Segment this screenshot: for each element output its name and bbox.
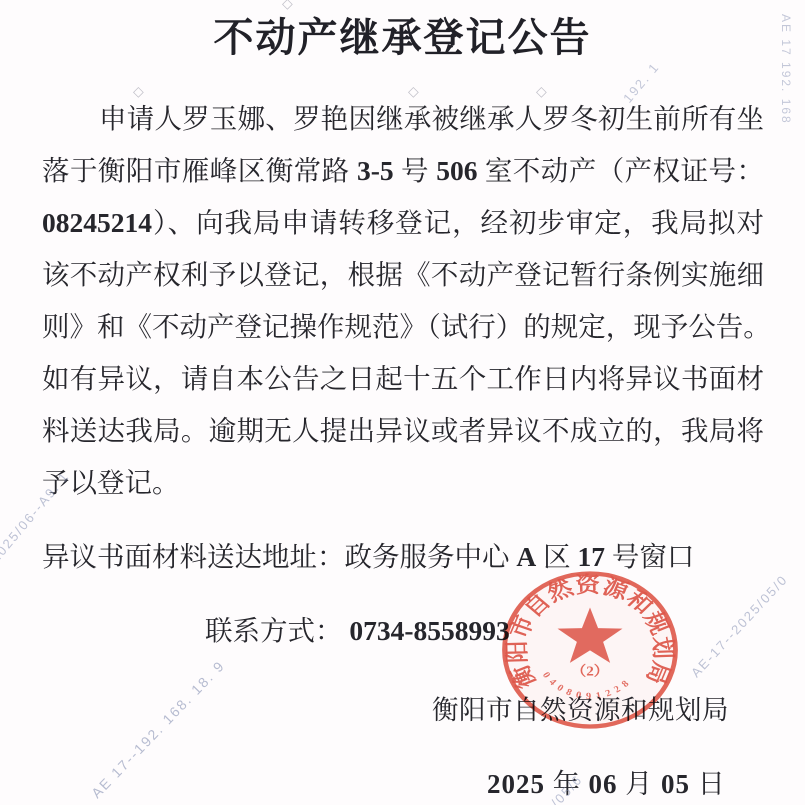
body-paragraph: 申请人罗玉娜、罗艳因继承被继承人罗冬初生前所有坐落于衡阳市雁峰区衡常路 3-5 … (42, 93, 764, 509)
text-segment: 0734-8558993 (349, 615, 509, 646)
text-segment: 如有异议，请自本公告之日起十五个工作日内将异议书面材 (42, 363, 764, 394)
text-segment: 3-5 (357, 155, 394, 186)
text-segment: 衡阳市自然资源和规划局 (432, 695, 729, 725)
text-segment: 日 (690, 769, 726, 799)
text-segment: ）、向我局申请转移登记，经初步审定，我局拟对 (152, 207, 764, 238)
date-line: 2025 年 06 月 05 日 (487, 762, 726, 801)
text-segment: 2025 (487, 769, 545, 799)
text-segment: 异议书面材料送达地址：政务服务中心 (42, 541, 516, 572)
contact-line: 联系方式： 0734-8558993 (205, 608, 510, 648)
seal-sub-label: （2） (571, 663, 609, 679)
issuer-line: 衡阳市自然资源和规划局 (432, 688, 729, 727)
paragraph-line: 落于衡阳市雁峰区衡常路 3-5 号 506 室不动产（产权证号： (42, 145, 764, 197)
text-segment: 予以登记。 (42, 467, 180, 498)
text-segment: 号窗口 (605, 541, 694, 572)
text-segment: 申请人罗玉娜、罗艳因继承被继承人罗冬初生前所有坐 (99, 103, 764, 134)
text-segment: 06 (589, 769, 618, 799)
text-segment: 17 (578, 541, 606, 572)
text-segment: 落于衡阳市雁峰区衡常路 (42, 155, 357, 186)
scan-watermark-text: AE 17--192. 168. 18. 9 (88, 657, 228, 801)
text-segment: 室不动产（产权证号： (478, 155, 765, 186)
text-segment: 该不动产权利予以登记，根据《不动产登记暂行条例实施细 (42, 259, 764, 290)
seal-star-icon (558, 608, 623, 663)
paragraph-line: 予以登记。 (42, 457, 764, 509)
paragraph-line: 申请人罗玉娜、罗艳因继承被继承人罗冬初生前所有坐 (42, 93, 764, 145)
paragraph-line: 料送达我局。逾期无人提出异议或者异议不成立的，我局将 (42, 405, 764, 457)
text-segment: 08245214 (42, 207, 152, 238)
paragraph-line: 08245214）、向我局申请转移登记，经初步审定，我局拟对 (42, 197, 764, 249)
text-segment: 区 (536, 541, 577, 572)
address-line: 异议书面材料送达地址：政务服务中心 A 区 17 号窗口 (42, 534, 694, 574)
text-segment: A (516, 541, 536, 572)
seal-org-text: 衡阳市自然资源和规划局 (503, 571, 677, 692)
text-segment: 506 (436, 155, 477, 186)
text-segment: 号 (394, 155, 437, 186)
scan-watermark-text: AE-17--2025/05/0 (688, 572, 791, 681)
text-segment: 则》和《不动产登记操作规范》（试行）的规定，现予公告。 (42, 311, 771, 342)
paragraph-line: 如有异议，请自本公告之日起十五个工作日内将异议书面材 (42, 353, 764, 405)
paragraph-line: 该不动产权利予以登记，根据《不动产登记暂行条例实施细 (42, 249, 764, 301)
text-segment: 年 (545, 769, 589, 799)
text-segment: 月 (618, 769, 662, 799)
announcement-document: 不动产继承登记公告 申请人罗玉娜、罗艳因继承被继承人罗冬初生前所有坐落于衡阳市雁… (0, 0, 805, 805)
document-title: 不动产继承登记公告 (0, 6, 805, 63)
text-segment: 联系方式： (205, 615, 349, 646)
text-segment: 05 (661, 769, 690, 799)
paragraph-line: 则》和《不动产登记操作规范》（试行）的规定，现予公告。 (42, 301, 764, 353)
text-segment: 料送达我局。逾期无人提出异议或者异议不成立的，我局将 (42, 415, 764, 446)
